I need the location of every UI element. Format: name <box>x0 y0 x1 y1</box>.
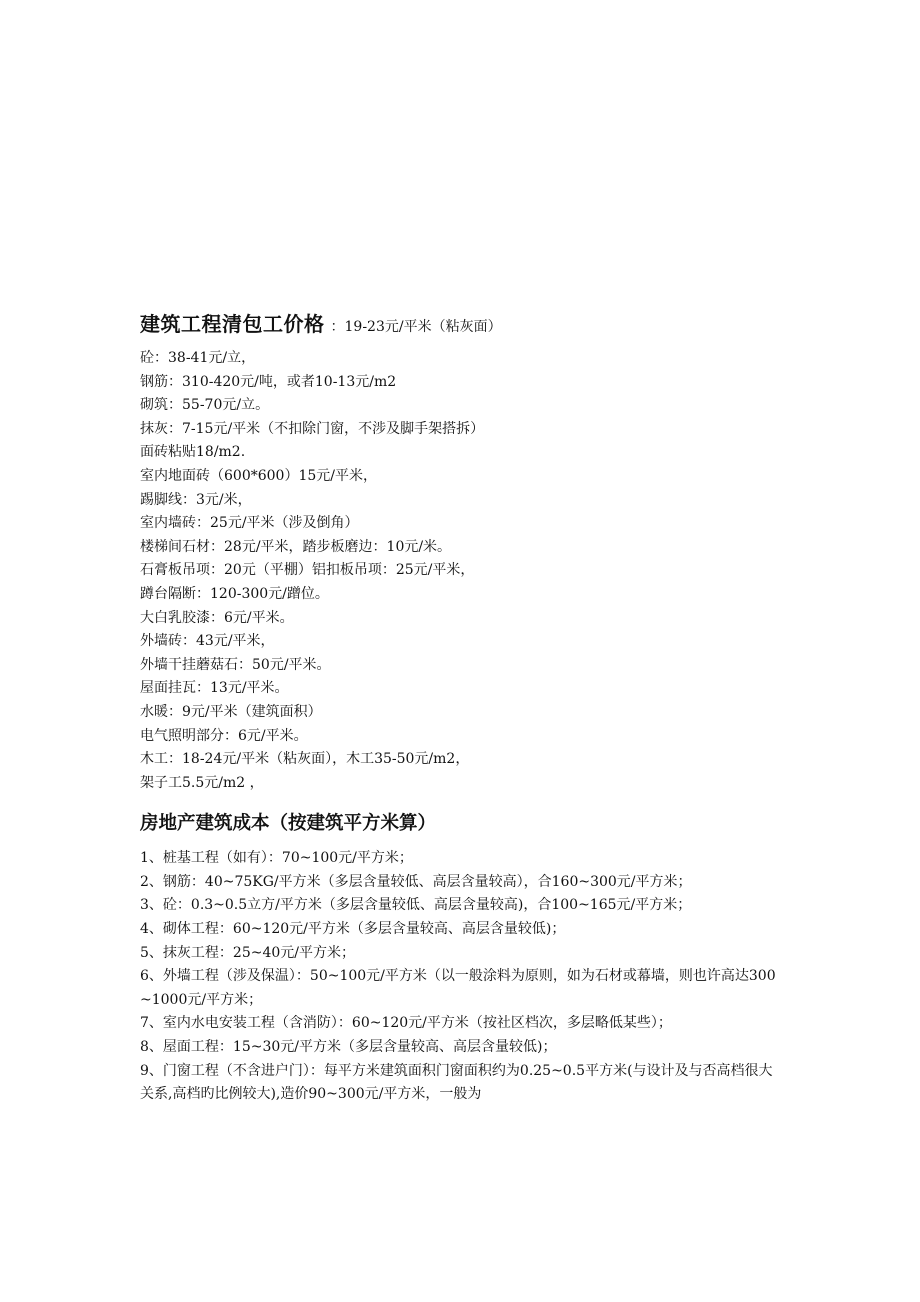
price-line: 砌筑：55-70元/立。 <box>140 394 790 418</box>
cost-item: 6、外墙工程（涉及保温）：50~100元/平方米（以一般涂料为原则，如为石材或幕… <box>140 965 786 1012</box>
cost-item: 4、砌体工程：60~120元/平方米（多层含量较高、高层含量较低)； <box>140 918 786 942</box>
price-line: 室内墙砖：25元/平米（涉及倒角） <box>140 512 790 536</box>
cost-item: 3、砼：0.3~0.5立方/平方米（多层含量较低、高层含量较高)，合100~16… <box>140 894 786 918</box>
price-line: 大白乳胶漆：6元/平米。 <box>140 607 790 631</box>
price-line: 外墙砖：43元/平米， <box>140 630 790 654</box>
cost-item: 2、钢筋：40~75KG/平方米（多层含量较低、高层含量较高），合160~300… <box>140 871 786 895</box>
price-line: 楼梯间石材：28元/平米，踏步板磨边：10元/米。 <box>140 536 790 560</box>
price-line: 蹲台隔断：120-300元/蹭位。 <box>140 583 790 607</box>
cost-item: 9、门窗工程（不含进户门）：每平方米建筑面积门窗面积约为0.25~0.5平方米(… <box>140 1060 786 1107</box>
price-line: 石膏板吊项：20元（平棚）铝扣板吊项：25元/平米， <box>140 559 790 583</box>
price-line: 架子工5.5元/m2 ， <box>140 772 790 796</box>
price-line: 面砖粘贴18/m2. <box>140 441 790 465</box>
price-line: 外墙干挂蘑菇石：50元/平米。 <box>140 654 790 678</box>
price-line: 屋面挂瓦：13元/平米。 <box>140 677 790 701</box>
price-line: 砼：38-41元/立， <box>140 347 790 371</box>
price-line: 木工：18-24元/平米（粘灰面），木工35-50元/m2， <box>140 748 790 772</box>
cost-item: 1、桩基工程（如有）：70~100元/平方米； <box>140 847 786 871</box>
price-line: 踢脚线：3元/米， <box>140 489 790 513</box>
section2-cost-list: 1、桩基工程（如有）：70~100元/平方米； 2、钢筋：40~75KG/平方米… <box>140 847 790 1107</box>
price-line: 钢筋：310-420元/吨，或者10-13元/m2 <box>140 371 790 395</box>
price-line: 室内地面砖（600*600）15元/平米， <box>140 465 790 489</box>
section1-subtitle: ：19-23元/平米（粘灰面） <box>331 319 502 335</box>
price-line: 电气照明部分：6元/平米。 <box>140 725 790 749</box>
cost-item: 5、抹灰工程：25~40元/平方米； <box>140 942 786 966</box>
cost-item: 7、室内水电安装工程（含消防）：60~120元/平方米（按社区档次，多层略低某些… <box>140 1012 786 1036</box>
section1-heading: 建筑工程清包工价格：19-23元/平米（粘灰面） <box>140 309 790 343</box>
cost-item: 8、屋面工程：15~30元/平方米（多层含量较高、高层含量较低)； <box>140 1036 786 1060</box>
price-line: 抹灰：7-15元/平米（不扣除门窗，不涉及脚手架搭拆） <box>140 418 790 442</box>
document-page: 建筑工程清包工价格：19-23元/平米（粘灰面） 砼：38-41元/立， 钢筋：… <box>140 309 790 1107</box>
price-line: 水暖：9元/平米（建筑面积） <box>140 701 790 725</box>
section2-title: 房地产建筑成本（按建筑平方米算） <box>140 809 790 839</box>
section1-price-list: 砼：38-41元/立， 钢筋：310-420元/吨，或者10-13元/m2 砌筑… <box>140 347 790 795</box>
section1-title: 建筑工程清包工价格 <box>140 312 325 336</box>
